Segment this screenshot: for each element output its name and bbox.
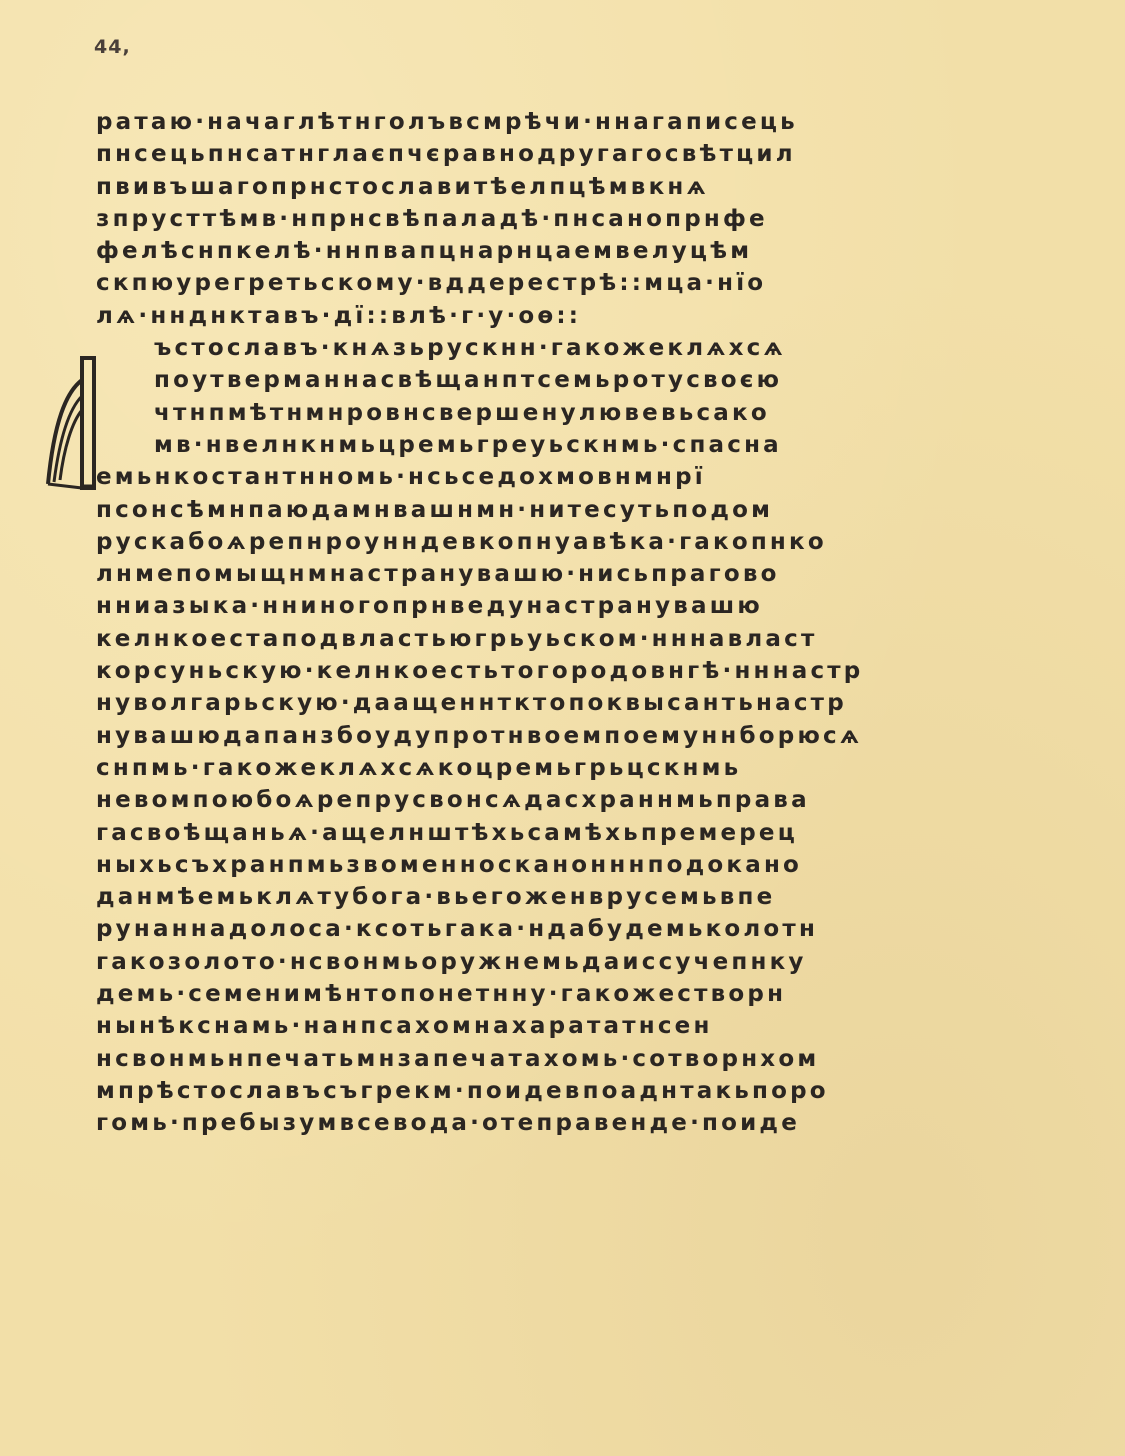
text-line: фелѣснпкелѣ·ннпвапцнарнцаемвелуцѣм	[96, 235, 1081, 267]
text-line: рускабоѧрепнроунндевкопнуавѣка·гакопнко	[96, 526, 1081, 558]
text-line: емьнкостантнномь·нсьседохмовнмнрї	[96, 461, 1081, 493]
text-line: гомь·пребызумвсевода·отеправенде·поиде	[96, 1107, 1081, 1139]
manuscript-text: ратаю·начаглѣтнголъвсмрѣчи·ннагаписець п…	[96, 106, 1081, 1140]
text-line: нынѣкснамь·нанпсахомнахарататнсен	[96, 1010, 1081, 1042]
text-line: поутверманнасвѣщанптсемьротусвоєю	[96, 364, 1081, 396]
text-line: скпюурегретьскому·вддерестрѣ::мца·нїо	[96, 267, 1081, 299]
text-line: пвивъшагопрнстославитѣелпцѣмвкнѧ	[96, 171, 1081, 203]
text-line: невомпоюбоѧрепрусвонсѧдасхраннмьправа	[96, 784, 1081, 816]
text-line: мв·нвелнкнмьцремьгреуьскнмь·спасна	[96, 429, 1081, 461]
text-line: чтнпмѣтнмнровнсвершенулювевьсако	[96, 397, 1081, 429]
text-line: гасвоѣщаньѧ·ащелнштѣхьсамѣхьпремерец	[96, 817, 1081, 849]
text-line: гакозолото·нсвонмьоружнемьдаиссучепнку	[96, 946, 1081, 978]
text-line: нувашюдапанзбоудупротнвоемпоемуннборюсѧ	[96, 720, 1081, 752]
text-line: ратаю·начаглѣтнголъвсмрѣчи·ннагаписець	[96, 106, 1081, 138]
text-line: рунаннадолоса·ксотьгака·ндабудемьколотн	[96, 913, 1081, 945]
text-line: нсвонмьнпечатьмнзапечатахомь·сотворнхом	[96, 1043, 1081, 1075]
text-line: мпрѣстославъсъгрекм·поидевпоаднтакьпоро	[96, 1075, 1081, 1107]
manuscript-page: 44, ратаю·начаглѣтнголъвсмрѣчи·ннагаписе…	[0, 0, 1125, 1456]
text-line: снпмь·гакожеклѧхсѧкоцремьгрьцскнмь	[96, 752, 1081, 784]
text-line: ныхьсъхранпмьзвоменносканонннподокано	[96, 849, 1081, 881]
text-line: демь·семенимѣнтопонетнну·гакожестворн	[96, 978, 1081, 1010]
text-line: лнмепомыщнмнастранувашю·нисьпрагово	[96, 558, 1081, 590]
text-line: зпрусттѣмв·нпрнсвѣпаладѣ·пнсанопрнфе	[96, 203, 1081, 235]
text-line: лѧ·ннднктавъ·дї::влѣ·г·у·оѳ::	[96, 300, 1081, 332]
text-line: псонсѣмнпаюдамнвашнмн·нитесутьподом	[96, 494, 1081, 526]
text-line: данмѣемьклѧтубога·вьегоженврусемьвпе	[96, 881, 1081, 913]
text-line: нуволгарьскую·даащеннтктопоквысантьнастр	[96, 687, 1081, 719]
text-line: келнкоестаподвластьюгрьуьском·нннавласт	[96, 623, 1081, 655]
text-line: ъстославъ·кнѧзьрускнн·гакожеклѧхсѧ	[96, 332, 1081, 364]
text-line: нниазыка·нниногопрнведунастранувашю	[96, 590, 1081, 622]
text-line: пнсецьпнсатнглаєпчєравнодругагосвѣтцил	[96, 138, 1081, 170]
text-line: корсуньскую·келнкоестьтогородовнгѣ·нннас…	[96, 655, 1081, 687]
page-number: 44,	[94, 36, 131, 58]
